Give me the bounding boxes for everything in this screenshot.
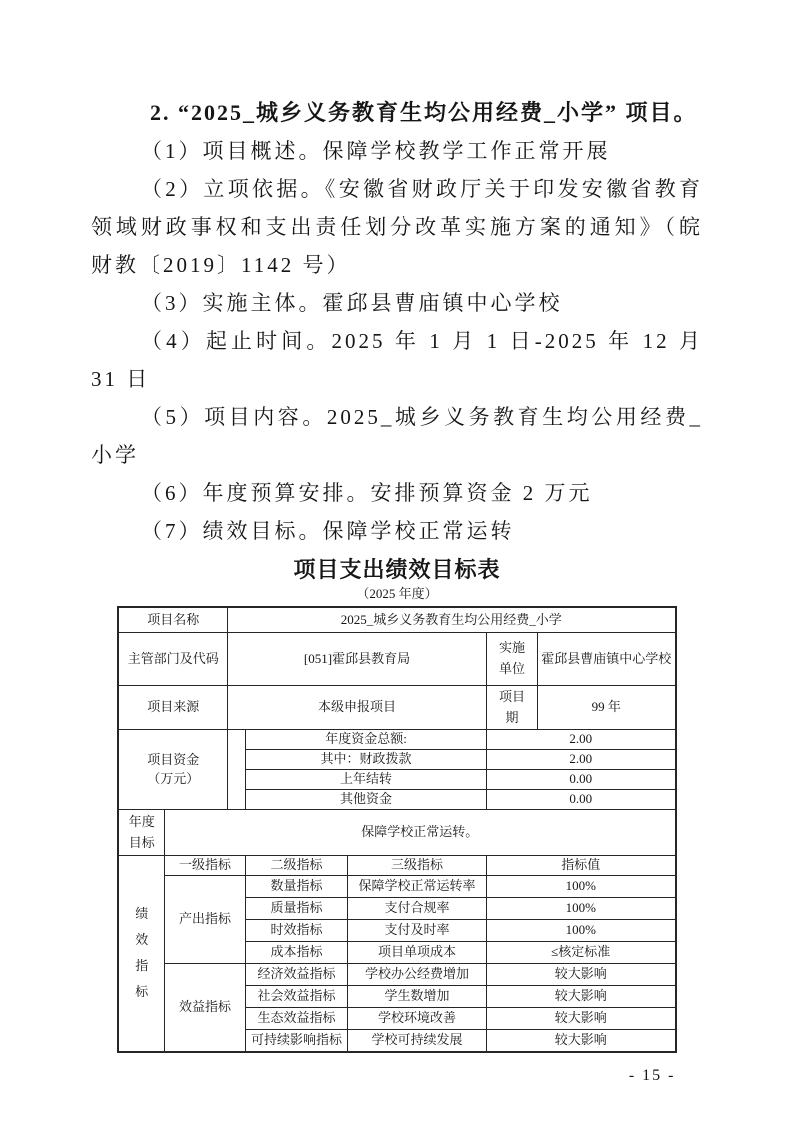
annual-goal-value: 保障学校正常运转。 [164,810,675,856]
implement-unit-label-text: 实施单位 [497,638,527,680]
indicator-level2: 生态效益指标 [246,1007,348,1029]
funds-spacer-cell [228,730,246,810]
indicator-level2: 可持续影响指标 [246,1029,348,1052]
table-title: 项目支出绩效目标表 [91,556,703,584]
indicator-level3: 支付合规率 [348,897,487,919]
paragraph-project-content: （5）项目内容。2025_城乡义务教育生均公用经费_小学 [91,398,703,474]
funds-carryover-value: 0.00 [487,770,676,790]
funds-other-label: 其他资金 [246,790,487,810]
indicator-value: 较大影响 [487,1029,676,1052]
table-row-indicator-header: 绩效指标 一级指标 二级指标 三级指标 指标值 [118,856,675,876]
annual-goal-label: 年度目标 [118,810,164,856]
indicator-level2: 质量指标 [246,897,348,919]
funds-fiscal-value: 2.00 [487,750,676,770]
indicator-level2: 数量指标 [246,875,348,897]
header-value: 指标值 [487,856,676,876]
indicator-level2: 成本指标 [246,941,348,963]
indicator-level2: 经济效益指标 [246,963,348,985]
indicator-value: 较大影响 [487,1007,676,1029]
table-row-department: 主管部门及代码 [051]霍邱县教育局 实施单位 霍邱县曹庙镇中心学校 [118,633,675,686]
project-period-label-text: 项目期 [497,687,527,729]
implement-unit-label: 实施单位 [487,633,538,686]
project-source-label: 项目来源 [118,686,227,730]
section-heading: 2. “2025_城乡义务教育生均公用经费_小学” 项目。 [91,94,703,132]
funds-carryover-label: 上年结转 [246,770,487,790]
paragraph-time-range: （4）起止时间。2025 年 1 月 1 日-2025 年 12 月 31 日 [91,322,703,398]
indicator-level3: 保障学校正常运转率 [348,875,487,897]
project-period-label: 项目期 [487,686,538,730]
output-indicator-group-label: 产出指标 [164,875,245,963]
header-level2: 二级指标 [246,856,348,876]
paragraph-implement-subject: （3）实施主体。霍邱县曹庙镇中心学校 [91,284,703,322]
indicator-value: ≤核定标准 [487,941,676,963]
funds-total-label: 年度资金总额: [246,730,487,750]
table-row-project-source: 项目来源 本级申报项目 项目期 99 年 [118,686,675,730]
funds-total-value: 2.00 [487,730,676,750]
indicator-value: 较大影响 [487,985,676,1007]
funds-fiscal-label: 其中：财政拨款 [246,750,487,770]
project-name-value: 2025_城乡义务教育生均公用经费_小学 [228,607,676,633]
table-subtitle: （2025 年度） [91,584,703,604]
page-number: - 15 - [119,1067,676,1085]
department-label: 主管部门及代码 [118,633,227,686]
indicator-row: 产出指标 数量指标 保障学校正常运转率 100% [118,875,675,897]
funds-label: 项目资金 （万元） [118,730,227,810]
document-page: 2. “2025_城乡义务教育生均公用经费_小学” 项目。 （1）项目概述。保障… [0,0,793,1122]
performance-indicator-label-text: 绩效指标 [134,901,149,1005]
paragraph-performance-goal: （7）绩效目标。保障学校正常运转 [91,512,703,550]
header-level1: 一级指标 [164,856,245,876]
indicator-row: 效益指标 经济效益指标 学校办公经费增加 较大影响 [118,963,675,985]
indicator-level3: 学生数增加 [348,985,487,1007]
indicator-level2: 时效指标 [246,919,348,941]
project-name-label: 项目名称 [118,607,227,633]
annual-goal-label-text: 年度目标 [127,812,157,854]
indicator-value: 100% [487,897,676,919]
paragraph-budget-plan: （6）年度预算安排。安排预算资金 2 万元 [91,474,703,512]
benefit-indicator-group-label: 效益指标 [164,963,245,1052]
project-period-value: 99 年 [538,686,676,730]
implement-unit-value: 霍邱县曹庙镇中心学校 [538,633,676,686]
indicator-level3: 学校办公经费增加 [348,963,487,985]
indicator-value: 100% [487,919,676,941]
indicator-value: 100% [487,875,676,897]
table-row-funds-total: 项目资金 （万元） 年度资金总额: 2.00 [118,730,675,750]
indicator-level2: 社会效益指标 [246,985,348,1007]
paragraph-project-overview: （1）项目概述。保障学校教学工作正常开展 [91,132,703,170]
indicator-level3: 学校环境改善 [348,1007,487,1029]
indicator-level3: 支付及时率 [348,919,487,941]
department-value: [051]霍邱县教育局 [228,633,487,686]
project-source-value: 本级申报项目 [228,686,487,730]
header-level3: 三级指标 [348,856,487,876]
performance-target-table: 项目名称 2025_城乡义务教育生均公用经费_小学 主管部门及代码 [051]霍… [117,606,676,1053]
indicator-level3: 项目单项成本 [348,941,487,963]
performance-indicator-label: 绩效指标 [118,856,164,1052]
indicator-level3: 学校可持续发展 [348,1029,487,1052]
funds-other-value: 0.00 [487,790,676,810]
paragraph-project-basis: （2）立项依据。《安徽省财政厅关于印发安徽省教育领域财政事权和支出责任划分改革实… [91,170,703,284]
table-row-project-name: 项目名称 2025_城乡义务教育生均公用经费_小学 [118,607,675,633]
indicator-value: 较大影响 [487,963,676,985]
table-row-annual-goal: 年度目标 保障学校正常运转。 [118,810,675,856]
